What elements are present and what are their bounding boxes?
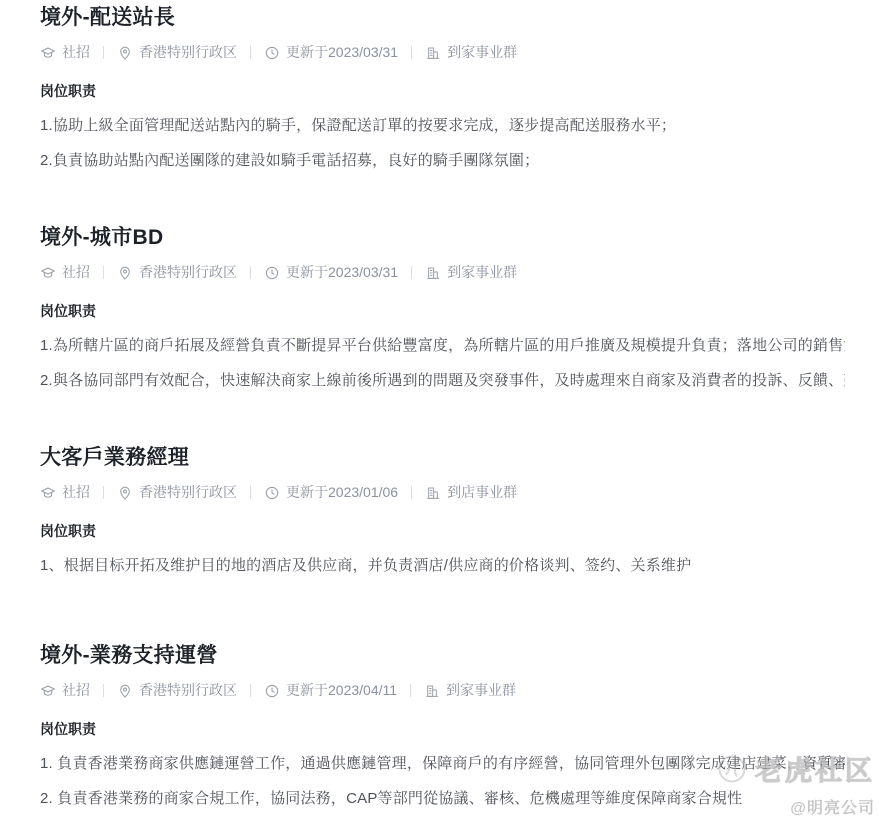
- business-group: 到家事业群: [425, 44, 517, 61]
- job-title[interactable]: 大客戶業務經理: [40, 446, 845, 470]
- duty-line: 1.協助上級全面管理配送站點內的騎手，保證配送訂單的按要求完成，逐步提高配送服務…: [40, 117, 845, 134]
- job-title[interactable]: 境外-業務支持運營: [40, 644, 845, 668]
- duty-line: 2.負責協助站點內配送團隊的建設如騎手電話招募，良好的騎手團隊氛圍；: [40, 152, 845, 169]
- job-title[interactable]: 境外-配送站長: [40, 6, 845, 30]
- clock-icon: [264, 265, 280, 281]
- map-pin-icon: [117, 683, 133, 699]
- meta-divider: [250, 46, 251, 59]
- job-location-label: 香港特别行政区: [139, 484, 237, 501]
- business-group-label: 到家事业群: [446, 682, 516, 699]
- job-updated-label: 更新于2023/04/11: [286, 682, 397, 699]
- clock-icon: [264, 683, 280, 699]
- recruit-type-label: 社招: [62, 44, 90, 61]
- job-meta-row: 社招 香港特别行政区 更新于2023/04/11 到家事业群: [40, 682, 845, 699]
- recruit-type: 社招: [40, 484, 90, 501]
- meta-divider: [250, 266, 251, 279]
- meta-divider: [103, 266, 104, 279]
- meta-divider: [250, 486, 251, 499]
- graduation-cap-icon: [40, 45, 56, 61]
- recruit-type: 社招: [40, 44, 90, 61]
- job-card[interactable]: 大客戶業務經理 社招 香港特别行政区 更新于2023/01/06 到店事业群 岗…: [40, 446, 845, 574]
- job-listings-page: 境外-配送站長 社招 香港特别行政区 更新于2023/03/31 到家事业群 岗…: [0, 0, 879, 828]
- duties-heading: 岗位职责: [40, 83, 845, 99]
- recruit-type-label: 社招: [62, 484, 90, 501]
- office-building-icon: [425, 45, 441, 61]
- clock-icon: [264, 45, 280, 61]
- graduation-cap-icon: [40, 265, 56, 281]
- recruit-type-label: 社招: [62, 682, 90, 699]
- job-updated: 更新于2023/03/31: [264, 44, 398, 61]
- job-location: 香港特别行政区: [117, 484, 237, 501]
- meta-divider: [103, 486, 104, 499]
- duties-heading: 岗位职责: [40, 523, 845, 539]
- meta-divider: [411, 266, 412, 279]
- job-updated: 更新于2023/03/31: [264, 264, 398, 281]
- job-location: 香港特别行政区: [117, 264, 237, 281]
- meta-divider: [250, 684, 251, 697]
- job-updated-label: 更新于2023/03/31: [286, 264, 398, 281]
- business-group: 到家事业群: [425, 264, 517, 281]
- duties-heading: 岗位职责: [40, 721, 845, 737]
- office-building-icon: [424, 683, 440, 699]
- job-meta-row: 社招 香港特别行政区 更新于2023/01/06 到店事业群: [40, 484, 845, 501]
- job-location-label: 香港特别行政区: [139, 44, 237, 61]
- job-updated-label: 更新于2023/01/06: [286, 484, 398, 501]
- meta-divider: [410, 684, 411, 697]
- graduation-cap-icon: [40, 485, 56, 501]
- meta-divider: [103, 46, 104, 59]
- clock-icon: [264, 485, 280, 501]
- job-card[interactable]: 境外-業務支持運營 社招 香港特别行政区 更新于2023/04/11 到家事业群: [40, 644, 845, 807]
- job-updated: 更新于2023/01/06: [264, 484, 398, 501]
- recruit-type-label: 社招: [62, 264, 90, 281]
- business-group: 到店事业群: [425, 484, 517, 501]
- duties-heading: 岗位职责: [40, 303, 845, 319]
- map-pin-icon: [117, 485, 133, 501]
- business-group: 到家事业群: [424, 682, 516, 699]
- job-updated-label: 更新于2023/03/31: [286, 44, 398, 61]
- map-pin-icon: [117, 265, 133, 281]
- office-building-icon: [425, 265, 441, 281]
- office-building-icon: [425, 485, 441, 501]
- recruit-type: 社招: [40, 682, 90, 699]
- job-location-label: 香港特别行政区: [139, 264, 237, 281]
- job-updated: 更新于2023/04/11: [264, 682, 397, 699]
- business-group-label: 到家事业群: [447, 264, 517, 281]
- graduation-cap-icon: [40, 683, 56, 699]
- job-title[interactable]: 境外-城市BD: [40, 226, 845, 250]
- meta-divider: [103, 684, 104, 697]
- duty-line: 1.為所轄片區的商戶拓展及經營負責不斷提昇平台供給豐富度，為所轄片區的用戶推廣及…: [40, 337, 845, 354]
- business-group-label: 到家事业群: [447, 44, 517, 61]
- job-meta-row: 社招 香港特别行政区 更新于2023/03/31 到家事业群: [40, 44, 845, 61]
- job-meta-row: 社招 香港特别行政区 更新于2023/03/31 到家事业群: [40, 264, 845, 281]
- recruit-type: 社招: [40, 264, 90, 281]
- meta-divider: [411, 46, 412, 59]
- duty-line: 1. 負責香港業務商家供應鏈運營工作，通過供應鏈管理，保障商戶的有序經營，協同管…: [40, 755, 845, 772]
- duty-line: 2. 負責香港業務的商家合規工作，協同法務，CAP等部門從協議、審核、危機處理等…: [40, 790, 845, 807]
- duty-line: 2.與各協同部門有效配合，快速解決商家上線前後所遇到的問題及突發事件，及時處理來…: [40, 372, 845, 389]
- job-location-label: 香港特别行政区: [139, 682, 237, 699]
- map-pin-icon: [117, 45, 133, 61]
- duty-line: 1、根据目标开拓及维护目的地的酒店及供应商，并负责酒店/供应商的价格谈判、签约、…: [40, 557, 845, 574]
- job-card[interactable]: 境外-配送站長 社招 香港特别行政区 更新于2023/03/31 到家事业群 岗…: [40, 6, 845, 169]
- business-group-label: 到店事业群: [447, 484, 517, 501]
- job-location: 香港特别行政区: [117, 44, 237, 61]
- job-location: 香港特别行政区: [117, 682, 237, 699]
- meta-divider: [411, 486, 412, 499]
- job-card[interactable]: 境外-城市BD 社招 香港特别行政区 更新于2023/03/31 到家事业群 岗…: [40, 226, 845, 389]
